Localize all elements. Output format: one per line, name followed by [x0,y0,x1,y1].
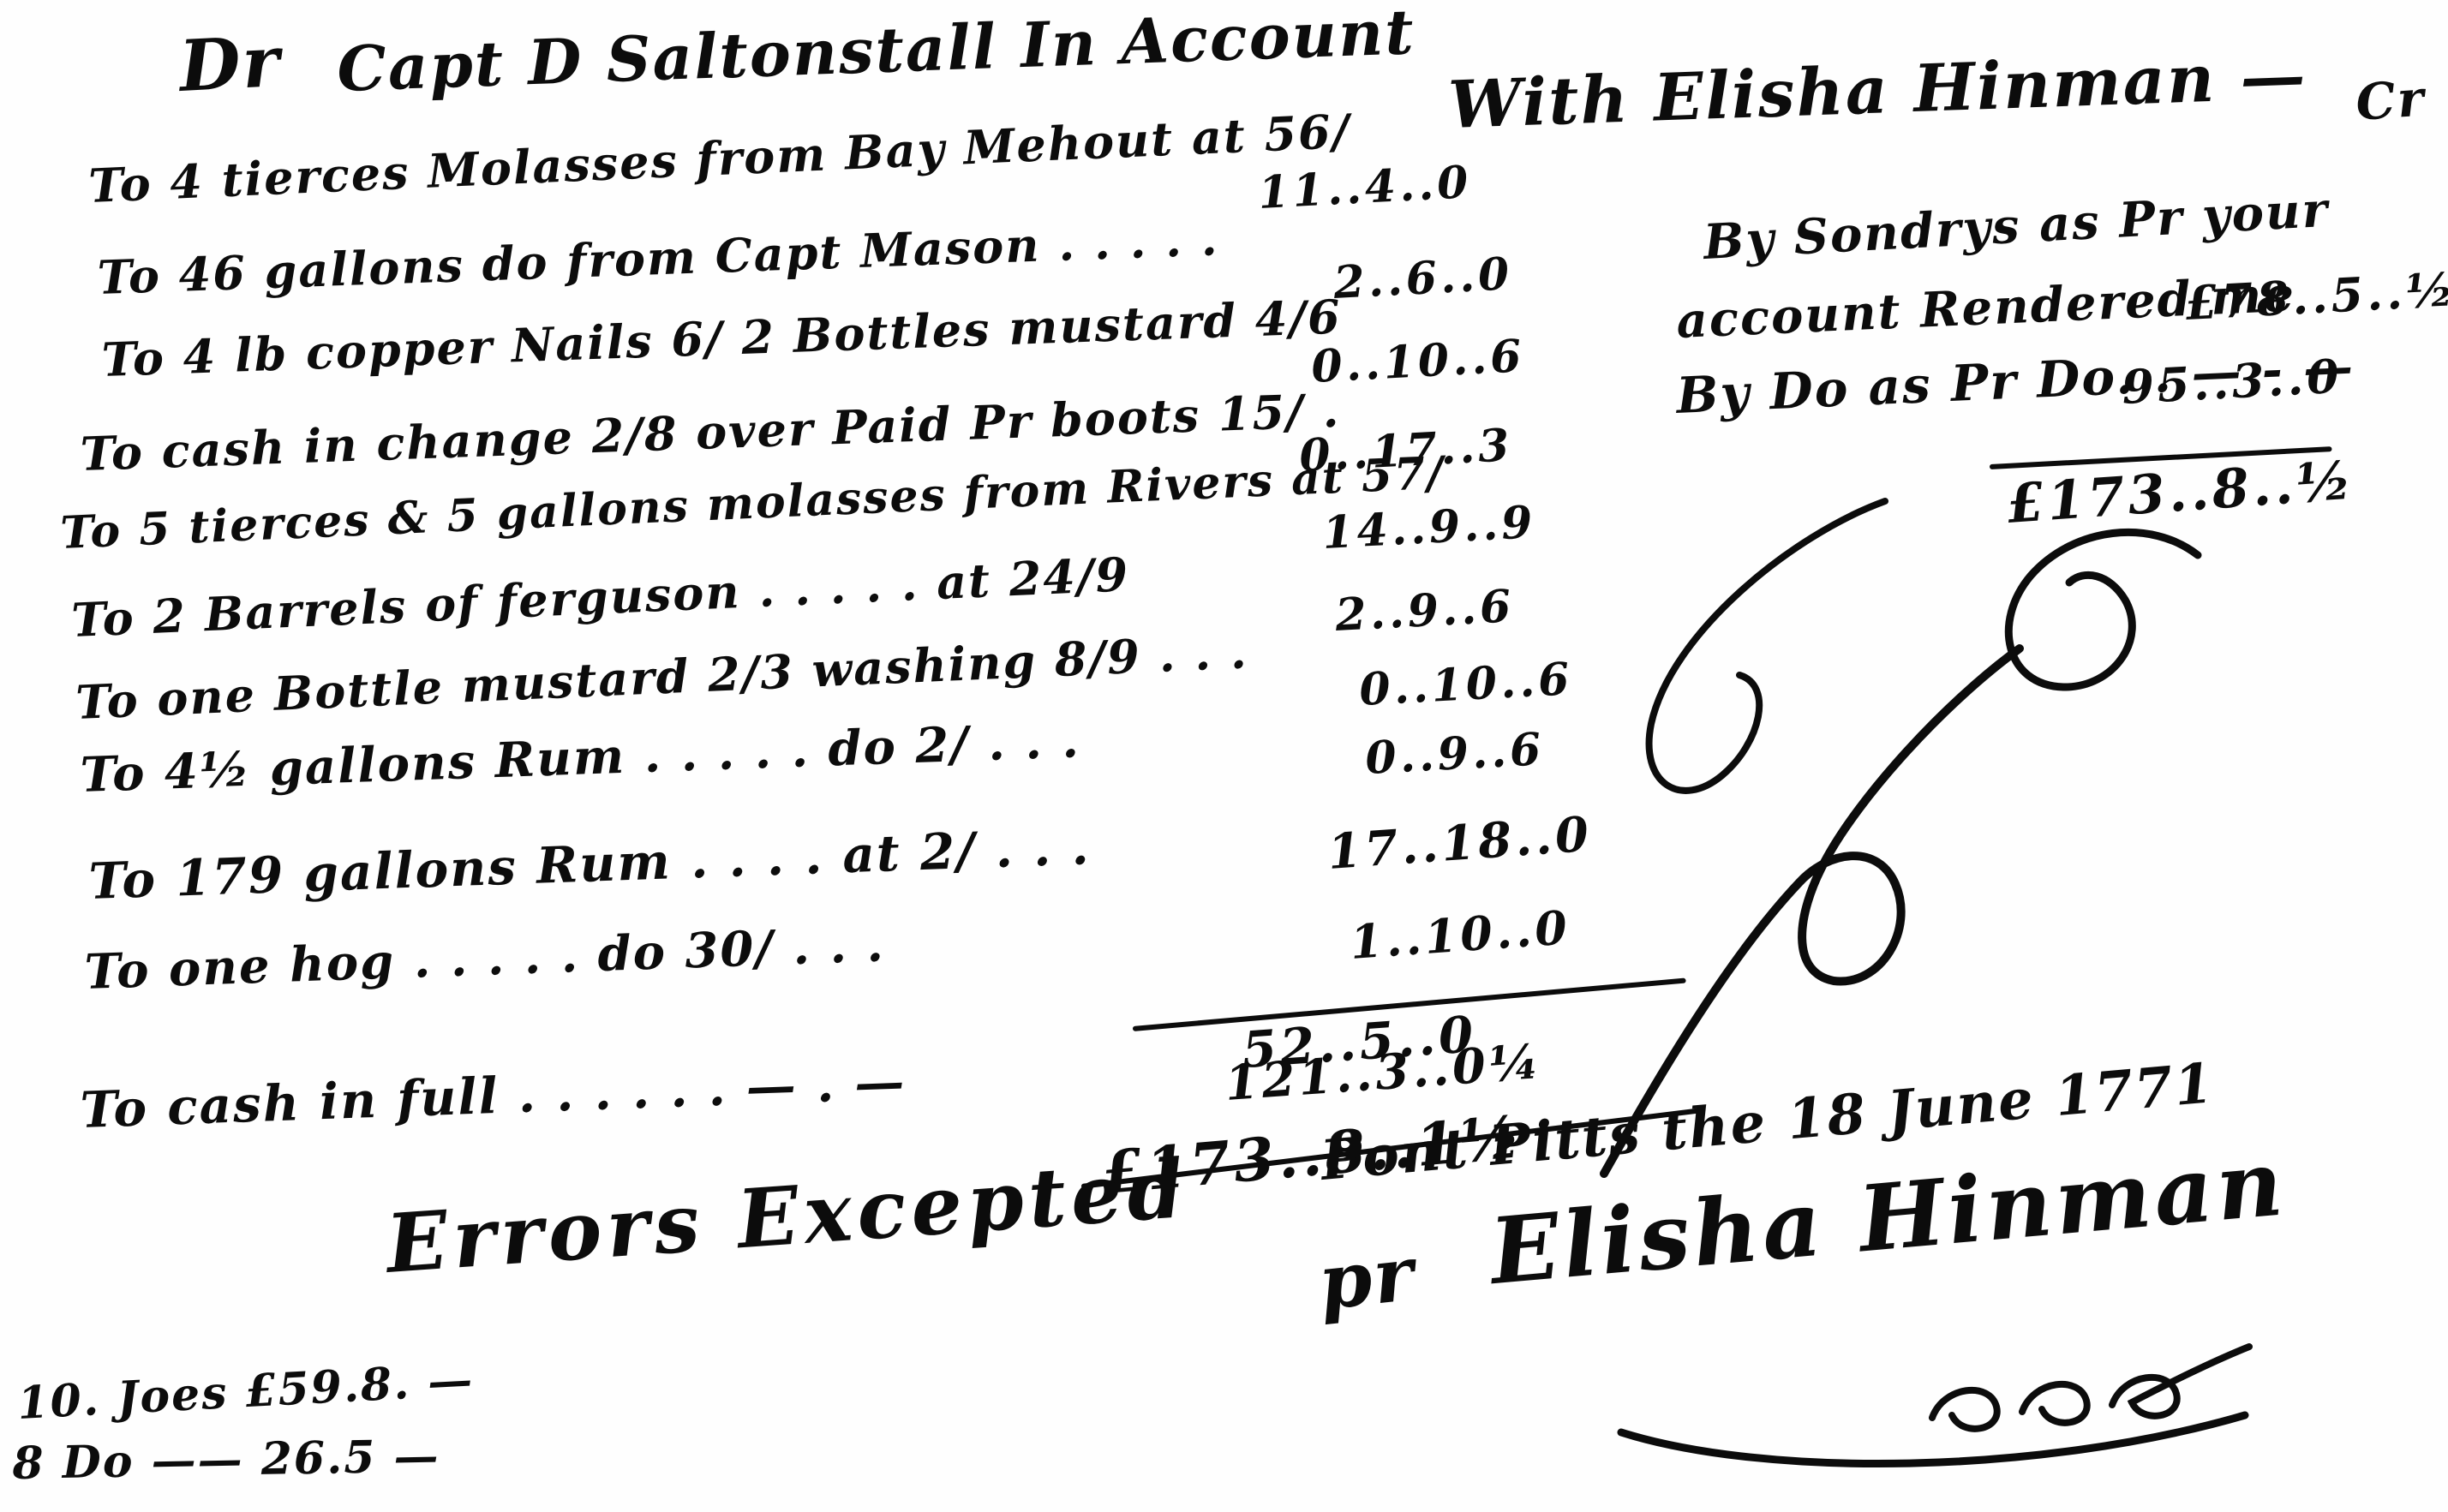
debit-row-amount: 14..9..9 [1321,496,1537,559]
debit-row-desc: To 46 gallons do from Capt Mason . . . .… [97,211,1220,305]
debit-row-amount: 2..6..0 [1332,248,1514,309]
debit-row-amount: 0..9..6 [1364,723,1546,785]
debit-row-desc: To 4 tierces Molasses from Bay Mehout at… [87,104,1351,213]
debit-row-amount: 17..18..0 [1326,806,1594,881]
debit-row-desc: To cash in full . . . . . . — . — [80,1052,907,1139]
errors-excepted-note: Errors Excepted [383,1142,1191,1292]
debit-row-amount: 11..4..0 [1257,156,1473,219]
per-label: pr [1314,1228,1419,1327]
credit-row-amount: 95..3..0 [2121,349,2343,415]
debit-row-desc: To 179 gallons Rum . . . . at 2/ . . . [88,817,1092,911]
debit-row-amount: 0..10..6 [1310,330,1526,393]
debit-row-amount: 2..9..6 [1334,580,1516,642]
ledger-page: Dr Capt D Saltonstall In Account With El… [0,0,2448,1512]
debit-side-label: Dr [177,21,283,108]
account-title-left: Capt D Saltonstall In Account [336,0,1416,105]
margin-note: 10. Joes £59.8. — [16,1354,476,1430]
debit-row-desc: To 4½ gallons Rum . . . . . do 2/ . . . [80,712,1081,804]
debit-row-desc: To one hog . . . . . do 30/ . . . [84,916,886,1001]
debit-row-desc: To 2 Barrels of ferguson . . . . . at 24… [70,547,1130,648]
debit-row-amount: 0..10..6 [1358,653,1574,716]
debit-row-amount: 1..10..0 [1349,899,1572,970]
debit-row-desc: To 4 lb copper Nails 6/ 2 Bottles mustar… [101,290,1343,387]
account-title-right: With Elisha Hinman — [1447,37,2308,143]
credit-row-desc: By Sondrys as Pr your [1703,182,2331,271]
credit-side-label: Cr [2354,69,2427,132]
margin-note: 8 Do —— 26.5 — [12,1430,440,1490]
